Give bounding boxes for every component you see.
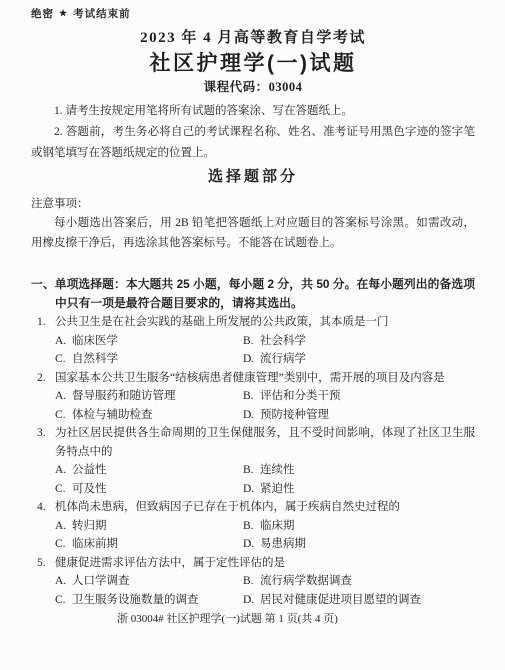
- option-text: 预防接种管理: [260, 406, 329, 425]
- question-number: 1.: [37, 313, 55, 332]
- course-code: 课程代码：03004: [31, 79, 475, 95]
- instruction-item-1: 1. 请考生按规定用笔将所有试题的答案涂、写在答题纸上。: [31, 101, 475, 122]
- option-d: D.预防接种管理: [243, 406, 475, 425]
- option-b: B.流行病学数据调查: [243, 572, 475, 591]
- secrecy-banner: 绝密★考试结束前: [31, 7, 475, 22]
- secrecy-label: 绝密: [31, 9, 54, 20]
- option-text: 连续性: [260, 461, 295, 480]
- option-a: A.人口学调查: [55, 572, 243, 591]
- option-label: A.: [55, 332, 72, 351]
- option-a: A.公益性: [55, 461, 243, 480]
- section-heading: 选择题部分: [31, 167, 475, 187]
- option-text: 自然科学: [72, 350, 118, 369]
- option-label: C.: [55, 535, 72, 554]
- option-text: 人口学调查: [72, 572, 130, 591]
- question-text: 为社区居民提供各生命周期的卫生保健服务，且不受时间影响，体现了社区卫生服务特点中…: [55, 424, 475, 461]
- options-grid: A.转归期 B.临床期 C.临床前期 D.易患病期: [55, 517, 475, 554]
- instruction-item-2: 2. 答题前，考生务必将自己的考试课程名称、姓名、准考证号用黑色字迹的签字笔或钢…: [31, 122, 475, 164]
- option-text: 流行病学数据调查: [260, 572, 352, 591]
- option-label: B.: [243, 461, 260, 480]
- option-label: D.: [243, 350, 260, 369]
- option-d: D.流行病学: [243, 350, 475, 369]
- option-label: B.: [243, 332, 260, 351]
- option-a: A.转归期: [55, 517, 243, 536]
- option-text: 紧迫性: [260, 480, 295, 499]
- candidate-instructions: 1. 请考生按规定用笔将所有试题的答案涂、写在答题纸上。 2. 答题前，考生务必…: [31, 101, 475, 164]
- question-list: 1. 公共卫生是在社会实践的基础上所发展的公共政策，其本质是一门 A.临床医学 …: [31, 313, 475, 609]
- options-grid: A.公益性 B.连续性 C.可及性 D.紧迫性: [55, 461, 475, 498]
- question-text: 公共卫生是在社会实践的基础上所发展的公共政策，其本质是一门: [55, 313, 475, 332]
- option-d: D.紧迫性: [243, 480, 475, 499]
- option-d: D.易患病期: [243, 535, 475, 554]
- option-c: C.临床前期: [55, 535, 243, 554]
- question-text: 机体尚未患病，但致病因子已存在于机体内，属于疾病自然史过程的: [55, 498, 475, 517]
- option-label: D.: [243, 480, 260, 499]
- option-b: B.评估和分类干预: [243, 387, 475, 406]
- option-label: D.: [243, 535, 260, 554]
- option-d: D.居民对健康促进项目愿望的调查: [243, 591, 475, 610]
- notes-title: 注意事项：: [31, 195, 475, 214]
- option-text: 易患病期: [260, 535, 306, 554]
- option-label: B.: [243, 517, 260, 536]
- option-a: A.临床医学: [55, 332, 243, 351]
- option-b: B.连续性: [243, 461, 475, 480]
- option-label: B.: [243, 572, 260, 591]
- option-label: A.: [55, 461, 72, 480]
- part-one-heading: 一、单项选择题：本大题共 25 小题，每小题 2 分，共 50 分。在每小题列出…: [31, 275, 475, 312]
- page-footer-text: 浙 03004# 社区护理学(一)试题 第 1 页(共 4 页): [117, 613, 338, 625]
- option-text: 转归期: [72, 517, 107, 536]
- question-text: 健康促进需求评估方法中，属于定性评估的是: [55, 554, 475, 573]
- option-label: B.: [243, 387, 260, 406]
- notes-body: 每小题选出答案后，用 2B 铅笔把答题纸上对应题目的答案标号涂黑。如需改动，用橡…: [31, 214, 475, 253]
- exam-paper-page: 绝密★考试结束前 2023 年 4 月高等教育自学考试 社区护理学(一)试题 课…: [0, 0, 505, 670]
- option-a: A.督导服药和随访管理: [55, 387, 243, 406]
- question-1: 1. 公共卫生是在社会实践的基础上所发展的公共政策，其本质是一门 A.临床医学 …: [31, 313, 475, 369]
- option-text: 评估和分类干预: [260, 387, 341, 406]
- exam-session-title: 2023 年 4 月高等教育自学考试: [31, 28, 475, 48]
- question-number: 2.: [37, 369, 55, 388]
- options-grid: A.人口学调查 B.流行病学数据调查 C.卫生服务设施数量的调查 D.居民对健康…: [55, 572, 475, 609]
- option-text: 公益性: [72, 461, 107, 480]
- option-label: C.: [55, 591, 72, 610]
- option-label: D.: [243, 591, 260, 610]
- question-number: 4.: [37, 498, 55, 517]
- question-5: 5. 健康促进需求评估方法中，属于定性评估的是 A.人口学调查 B.流行病学数据…: [31, 554, 475, 610]
- option-label: A.: [55, 387, 72, 406]
- option-b: B.临床期: [243, 517, 475, 536]
- option-text: 临床期: [260, 517, 295, 536]
- option-label: C.: [55, 350, 72, 369]
- option-label: C.: [55, 480, 72, 499]
- option-label: A.: [55, 572, 72, 591]
- option-text: 卫生服务设施数量的调查: [72, 591, 199, 610]
- options-grid: A.临床医学 B.社会科学 C.自然科学 D.流行病学: [55, 332, 475, 369]
- star-icon: ★: [59, 8, 68, 18]
- paper-title: 社区护理学(一)试题: [31, 51, 475, 76]
- secrecy-timing-label: 考试结束前: [73, 9, 131, 20]
- option-c: C.自然科学: [55, 350, 243, 369]
- option-c: C.可及性: [55, 480, 243, 499]
- question-number: 3.: [37, 424, 55, 461]
- options-grid: A.督导服药和随访管理 B.评估和分类干预 C.体检与辅助检查 D.预防接种管理: [55, 387, 475, 424]
- option-c: C.体检与辅助检查: [55, 406, 243, 425]
- option-text: 体检与辅助检查: [72, 406, 153, 425]
- option-label: D.: [243, 406, 260, 425]
- option-text: 督导服药和随访管理: [72, 387, 176, 406]
- question-number: 5.: [37, 554, 55, 573]
- option-c: C.卫生服务设施数量的调查: [55, 591, 243, 610]
- option-text: 居民对健康促进项目愿望的调查: [260, 591, 421, 610]
- question-3: 3. 为社区居民提供各生命周期的卫生保健服务，且不受时间影响，体现了社区卫生服务…: [31, 424, 475, 498]
- option-label: A.: [55, 517, 72, 536]
- question-2: 2. 国家基本公共卫生服务“结核病患者健康管理”类别中，需开展的项目及内容是 A…: [31, 369, 475, 425]
- question-4: 4. 机体尚未患病，但致病因子已存在于机体内，属于疾病自然史过程的 A.转归期 …: [31, 498, 475, 554]
- option-text: 社会科学: [260, 332, 306, 351]
- option-text: 临床医学: [72, 332, 118, 351]
- option-text: 流行病学: [260, 350, 306, 369]
- question-text: 国家基本公共卫生服务“结核病患者健康管理”类别中，需开展的项目及内容是: [55, 369, 475, 388]
- option-text: 可及性: [72, 480, 107, 499]
- option-b: B.社会科学: [243, 332, 475, 351]
- option-label: C.: [55, 406, 72, 425]
- option-text: 临床前期: [72, 535, 118, 554]
- page-footer: 浙 03004# 社区护理学(一)试题 第 1 页(共 4 页): [0, 612, 505, 627]
